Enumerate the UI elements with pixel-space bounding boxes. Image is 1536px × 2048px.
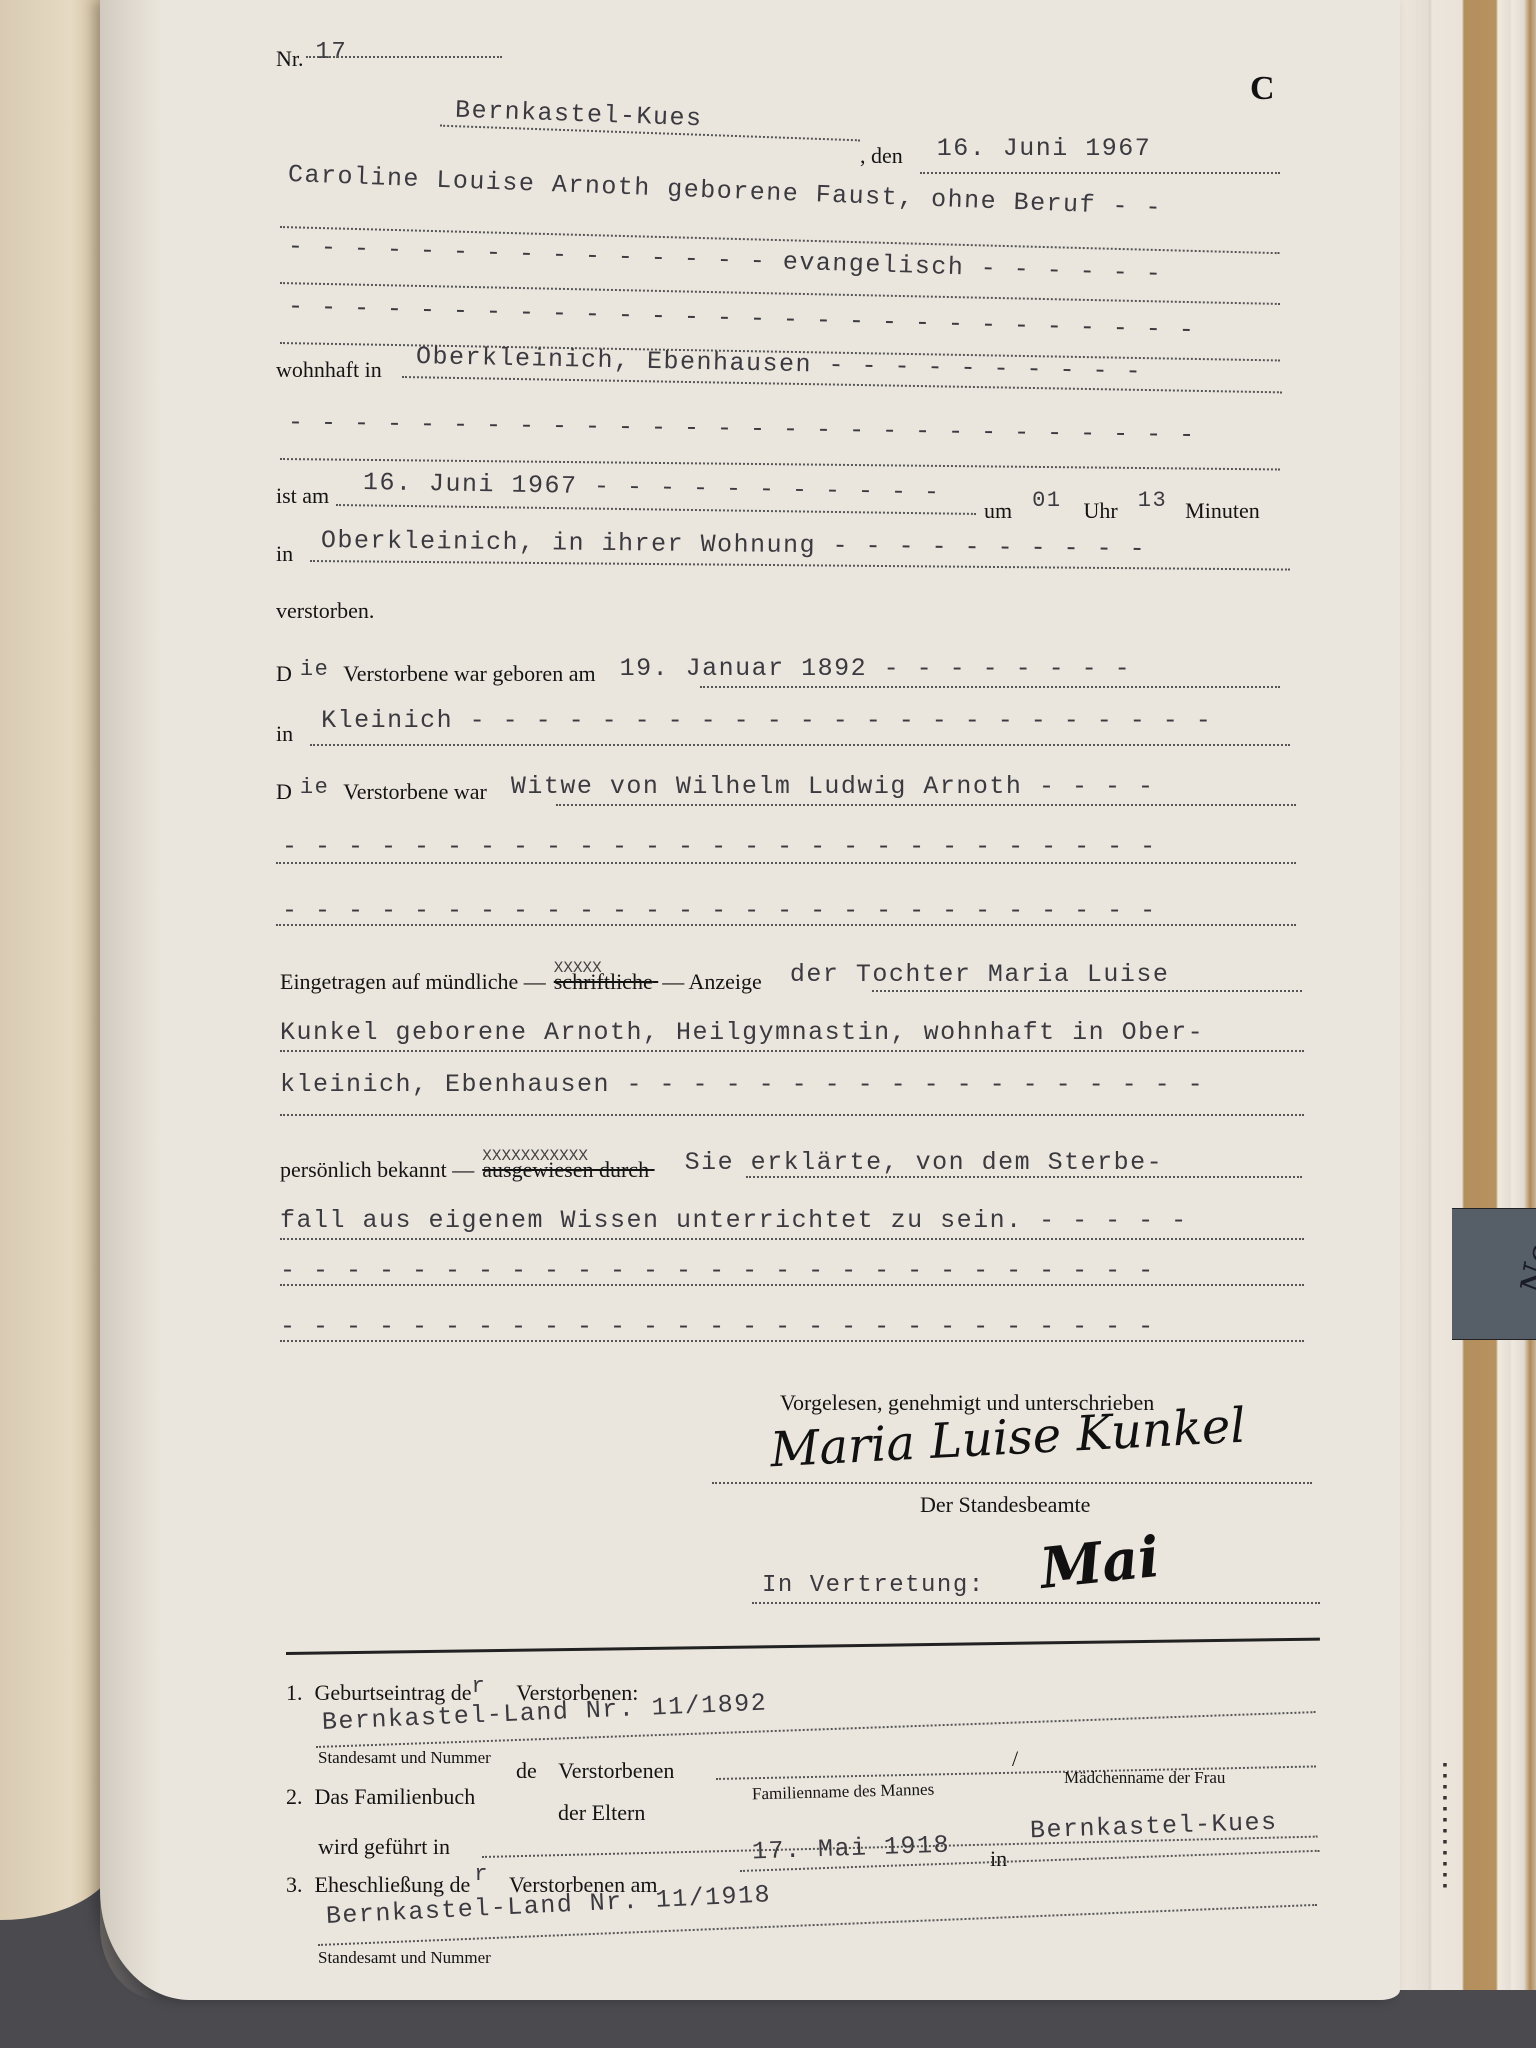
family-book-kept-in: wird geführt in bbox=[318, 1834, 450, 1860]
identification-row: persönlich bekannt — ausgewiesen durch X… bbox=[280, 1156, 1163, 1185]
death-minutes: 13 bbox=[1138, 488, 1167, 513]
dotted-line bbox=[752, 1602, 1320, 1604]
article-suffix: ie bbox=[300, 657, 329, 682]
birth-place-label: in bbox=[276, 721, 293, 746]
index-tab: Ne bbox=[1452, 1208, 1536, 1340]
deceased-closing: verstorben. bbox=[276, 598, 374, 624]
edge-print: ▪▪▪▪▪▪▪▪▪▪▪▪ bbox=[1440, 1760, 1450, 1892]
registration-line-1: der Tochter Maria Luise bbox=[790, 960, 1170, 989]
article-suffix: ie bbox=[300, 775, 329, 800]
date-value: 16. Juni 1967 bbox=[937, 134, 1152, 163]
birth-label: Verstorbene war geboren am bbox=[343, 661, 595, 686]
footnote-number: 2. bbox=[286, 1784, 303, 1809]
death-hour: 01 bbox=[1032, 488, 1061, 513]
article-prefix: D bbox=[276, 661, 292, 686]
family-book-lower: der Eltern bbox=[558, 1800, 645, 1826]
identification-label-start: persönlich bekannt — bbox=[280, 1157, 474, 1182]
footnote-number: 1. bbox=[286, 1680, 303, 1705]
book-page-edges bbox=[1400, 0, 1536, 1990]
record-number-label: Nr. bbox=[276, 46, 304, 71]
footnote-label: de bbox=[516, 1758, 537, 1783]
identification-line-2: fall aus eigenem Wissen unterrichtet zu … bbox=[280, 1206, 1188, 1235]
death-time-row: um 01 Uhr 13 Minuten bbox=[984, 498, 1260, 525]
time-um-label: um bbox=[984, 498, 1012, 523]
footnote-number: 3. bbox=[286, 1872, 303, 1897]
marital-value-line-3: - - - - - - - - - - - - - - - - - - - - … bbox=[282, 896, 1157, 925]
dotted-line bbox=[280, 1238, 1304, 1240]
dotted-line bbox=[276, 862, 1296, 864]
corner-mark: C bbox=[1250, 70, 1275, 108]
dotted-line bbox=[276, 924, 1296, 926]
record-number: Nr. 17 bbox=[276, 46, 347, 74]
dotted-line bbox=[280, 1284, 1304, 1286]
dotted-line bbox=[306, 56, 502, 58]
identification-struck-option: ausgewiesen durch XXXXXXXXXXX bbox=[482, 1157, 654, 1182]
identification-line-4: - - - - - - - - - - - - - - - - - - - - … bbox=[280, 1312, 1155, 1341]
dotted-line bbox=[700, 686, 1280, 688]
marital-value-line-1: Witwe von Wilhelm Ludwig Arnoth - - - - bbox=[511, 772, 1155, 801]
birth-date: 19. Januar 1892 - - - - - - - - bbox=[620, 654, 1132, 683]
footnote-label: Verstorbenen bbox=[558, 1758, 674, 1783]
footnote-label: Das Familienbuch bbox=[315, 1784, 476, 1809]
dotted-line bbox=[310, 744, 1290, 746]
dotted-line bbox=[280, 1050, 1304, 1052]
residence-label: wohnhaft in bbox=[276, 357, 382, 382]
time-uhr-label: Uhr bbox=[1084, 498, 1118, 523]
marriage-in-label: in bbox=[990, 1846, 1007, 1872]
article-prefix: D bbox=[276, 779, 292, 804]
death-place-label: in bbox=[276, 541, 293, 566]
registration-line-2: Kunkel geborene Arnoth, Heilgymnastin, w… bbox=[280, 1018, 1204, 1047]
index-tab-handwriting: Ne bbox=[1513, 1241, 1536, 1297]
birth-row: D ie Verstorbene war geboren am 19. Janu… bbox=[276, 660, 1131, 689]
marital-label: Verstorbene war bbox=[343, 779, 487, 804]
identification-line-3: - - - - - - - - - - - - - - - - - - - - … bbox=[280, 1256, 1155, 1285]
dotted-line bbox=[746, 1176, 1302, 1178]
field-caption: Standesamt und Nummer bbox=[318, 1748, 491, 1768]
footnote-label: Eheschließung de bbox=[315, 1872, 471, 1897]
date-label: , den bbox=[860, 143, 903, 168]
registrar-signature: Mai bbox=[1037, 1524, 1163, 1602]
dotted-line bbox=[712, 1482, 1312, 1484]
registration-struck-option: schriftliche XXXXX bbox=[554, 969, 658, 994]
footnote-fill: r bbox=[472, 1674, 487, 1699]
column-wife-maiden-name: Mädchenname der Frau bbox=[1064, 1768, 1225, 1788]
dotted-line bbox=[280, 1340, 1304, 1342]
death-date-label: ist am bbox=[276, 483, 329, 508]
registration-line-3: kleinich, Ebenhausen - - - - - - - - - -… bbox=[280, 1070, 1204, 1099]
dotted-line bbox=[556, 804, 1296, 806]
dotted-line bbox=[920, 172, 1280, 174]
field-caption: Standesamt und Nummer bbox=[318, 1948, 491, 1968]
marital-row: D ie Verstorbene war Witwe von Wilhelm L… bbox=[276, 778, 1154, 807]
death-date-row: ist am 16. Juni 1967 - - - - - - - - - -… bbox=[276, 482, 941, 511]
date-row: , den 16. Juni 1967 bbox=[860, 142, 1151, 171]
deputy-label: In Vertretung: bbox=[762, 1572, 985, 1599]
registration-label-end: — Anzeige bbox=[662, 969, 762, 994]
registrar-title: Der Standesbeamte bbox=[920, 1492, 1090, 1518]
time-minutes-label: Minuten bbox=[1185, 498, 1260, 523]
footnote-label: Geburtseintrag de bbox=[315, 1680, 472, 1705]
registration-label-start: Eingetragen auf mündliche — bbox=[280, 969, 546, 994]
dotted-line bbox=[872, 990, 1302, 992]
column-separator: / bbox=[1012, 1746, 1018, 1772]
family-book-upper: de Verstorbenen bbox=[516, 1758, 674, 1784]
record-number-value: 17 bbox=[316, 39, 348, 66]
birth-place-value: Kleinich - - - - - - - - - - - - - - - -… bbox=[321, 706, 1212, 735]
registration-row: Eingetragen auf mündliche — schriftliche… bbox=[280, 968, 1169, 997]
identification-line-1: Sie erklärte, von dem Sterbe- bbox=[685, 1148, 1164, 1177]
dotted-line bbox=[280, 1114, 1304, 1116]
overtype-x: XXXXXXXXXXX bbox=[482, 1147, 588, 1165]
footnote-family-book: 2. Das Familienbuch bbox=[286, 1784, 475, 1810]
overtype-x: XXXXX bbox=[554, 959, 602, 977]
footnote-fill: r bbox=[474, 1862, 489, 1887]
marital-value-line-2: - - - - - - - - - - - - - - - - - - - - … bbox=[282, 832, 1157, 861]
